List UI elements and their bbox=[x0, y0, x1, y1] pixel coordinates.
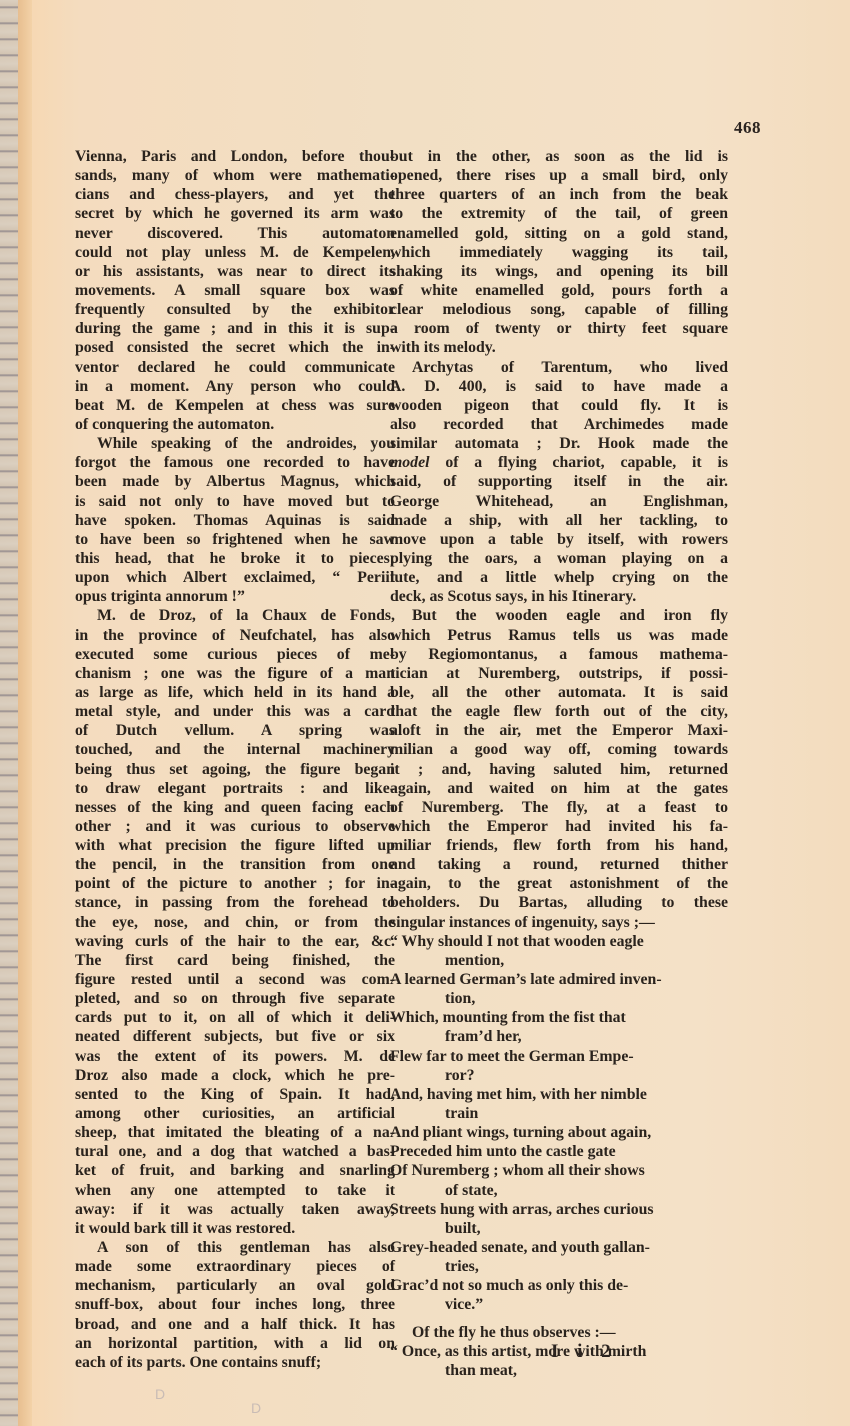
text-line: in a moment. Any person who could bbox=[75, 377, 395, 396]
text-line: beholders. Du Bartas, alluding to these bbox=[390, 893, 728, 912]
text-line: pleted, and so on through five separate bbox=[75, 989, 395, 1008]
text-line: “ Why should I not that wooden eagle bbox=[390, 932, 728, 951]
text-line: shaking its wings, and opening its bill bbox=[390, 262, 728, 281]
text-line: A learned German’s late admired inven- bbox=[390, 970, 728, 989]
text-line: and taking a round, returned thither bbox=[390, 855, 728, 874]
text-line: an horizontal partition, with a lid on bbox=[75, 1334, 395, 1353]
text-line: again, and waited on him at the gates bbox=[390, 779, 728, 798]
text-line: was the extent of its powers. M. de bbox=[75, 1047, 395, 1066]
text-line: The first card being finished, the bbox=[75, 951, 395, 970]
text-line: sented to the King of Spain. It had, bbox=[75, 1085, 395, 1104]
text-line: than meat, bbox=[390, 1361, 728, 1380]
text-line: Vienna, Paris and London, before thou- bbox=[75, 147, 395, 166]
text-line: beat M. de Kempelen at chess was sure bbox=[75, 396, 395, 415]
text-line: movements. A small square box was bbox=[75, 281, 395, 300]
adjacent-page-edge bbox=[0, 0, 18, 1426]
text-line: that the eagle flew forth out of the cit… bbox=[390, 702, 728, 721]
text-line: sheep, that imitated the bleating of a n… bbox=[75, 1123, 395, 1142]
text-line: when any one attempted to take it bbox=[75, 1181, 395, 1200]
text-line: Preceded him unto the castle gate bbox=[390, 1142, 728, 1161]
text-line: each of its parts. One contains snuff; bbox=[75, 1353, 395, 1372]
text-line: could not play unless M. de Kempelen, bbox=[75, 243, 395, 262]
text-line: as large as life, which held in its hand… bbox=[75, 683, 395, 702]
text-line: A. D. 400, is said to have made a bbox=[390, 377, 728, 396]
text-line: vice.” bbox=[390, 1295, 728, 1314]
text-line: But the wooden eagle and iron fly bbox=[390, 606, 728, 625]
text-line: tural one, and a dog that watched a bas- bbox=[75, 1142, 395, 1161]
text-line: Which, mounting from the fist that bbox=[390, 1008, 728, 1027]
text-line: nesses of the king and queen facing each bbox=[75, 798, 395, 817]
text-line: but in the other, as soon as the lid is bbox=[390, 147, 728, 166]
text-line: ventor declared he could communicate bbox=[75, 358, 395, 377]
text-line: made a ship, with all her tackling, to bbox=[390, 511, 728, 530]
text-line: plying the oars, a woman playing on a bbox=[390, 549, 728, 568]
text-line: of white enamelled gold, pours forth a bbox=[390, 281, 728, 300]
text-line: touched, and the internal machinery bbox=[75, 740, 395, 759]
text-line: ble, all the other automata. It is said bbox=[390, 683, 728, 702]
text-line: which Petrus Ramus tells us was made bbox=[390, 626, 728, 645]
text-line: three quarters of an inch from the beak bbox=[390, 185, 728, 204]
text-line: this head, that he broke it to pieces; bbox=[75, 549, 395, 568]
text-line: which the Emperor had invited his fa- bbox=[390, 817, 728, 836]
text-line: opus triginta annorum !” bbox=[75, 587, 395, 606]
text-line: mention, bbox=[390, 951, 728, 970]
text-line: And pliant wings, turning about again, bbox=[390, 1123, 728, 1142]
text-line: again, to the great astonishment of the bbox=[390, 874, 728, 893]
text-line: M. de Droz, of la Chaux de Fonds, bbox=[75, 606, 395, 625]
text-line: tician at Nuremberg, outstrips, if possi… bbox=[390, 664, 728, 683]
text-line: ket of fruit, and barking and snarling bbox=[75, 1161, 395, 1180]
text-line: ror? bbox=[390, 1066, 728, 1085]
text-line: which immediately wagging its tail, bbox=[390, 243, 728, 262]
text-line: stance, in passing from the forehead to bbox=[75, 893, 395, 912]
text-line: it would bark till it was restored. bbox=[75, 1219, 395, 1238]
text-line: also recorded that Archimedes made bbox=[390, 415, 728, 434]
text-line: in the province of Neufchatel, has also bbox=[75, 626, 395, 645]
text-line: made some extraordinary pieces of bbox=[75, 1257, 395, 1276]
text-line: waving curls of the hair to the ear, &c. bbox=[75, 932, 395, 951]
text-line: said, of supporting itself in the air. bbox=[390, 472, 728, 491]
text-line: wooden pigeon that could fly. It is bbox=[390, 396, 728, 415]
text-line: to have been so frightened when he saw bbox=[75, 530, 395, 549]
text-line: lute, and a little whelp crying on the bbox=[390, 568, 728, 587]
text-line: Of Nuremberg ; whom all their shows bbox=[390, 1161, 728, 1180]
text-line: of Dutch vellum. A spring was bbox=[75, 721, 395, 740]
left-column: Vienna, Paris and London, before thou-sa… bbox=[75, 147, 395, 1372]
book-page: 468 Vienna, Paris and London, before tho… bbox=[0, 0, 850, 1426]
text-line: a room of twenty or thirty feet square bbox=[390, 319, 728, 338]
text-line: Flew far to meet the German Empe- bbox=[390, 1047, 728, 1066]
text-line: tion, bbox=[390, 989, 728, 1008]
text-line: move upon a table by itself, with rowers bbox=[390, 530, 728, 549]
text-line: executed some curious pieces of me- bbox=[75, 645, 395, 664]
text-line: Droz also made a clock, which he pre- bbox=[75, 1066, 395, 1085]
text-line: it ; and, having saluted him, returned bbox=[390, 760, 728, 779]
text-line: posed consisted the secret which the in- bbox=[75, 338, 395, 357]
text-line: neated different subjects, but five or s… bbox=[75, 1027, 395, 1046]
text-line: have spoken. Thomas Aquinas is said bbox=[75, 511, 395, 530]
text-line: deck, as Scotus says, in his Itinerary. bbox=[390, 587, 728, 606]
text-line: other ; and it was curious to observe bbox=[75, 817, 395, 836]
text-line: of state, bbox=[390, 1181, 728, 1200]
text-line: the pencil, in the transition from one bbox=[75, 855, 395, 874]
text-line: tries, bbox=[390, 1257, 728, 1276]
text-line: built, bbox=[390, 1219, 728, 1238]
text-line: opened, there rises up a small bird, onl… bbox=[390, 166, 728, 185]
text-line: Grey-headed senate, and youth gallan- bbox=[390, 1238, 728, 1257]
text-line: milian a good way off, coming towards bbox=[390, 740, 728, 759]
text-line: or his assistants, was near to direct it… bbox=[75, 262, 395, 281]
text-line: cians and chess-players, and yet the bbox=[75, 185, 395, 204]
text-line: Grac’d not so much as only this de- bbox=[390, 1276, 728, 1295]
text-line: to the extremity of the tail, of green bbox=[390, 204, 728, 223]
text-line: point of the picture to another ; for in… bbox=[75, 874, 395, 893]
text-line: upon which Albert exclaimed, “ Periit bbox=[75, 568, 395, 587]
text-line: Streets hung with arras, arches curious bbox=[390, 1200, 728, 1219]
text-line: clear melodious song, capable of filling bbox=[390, 300, 728, 319]
text-line: to draw elegant portraits : and like- bbox=[75, 779, 395, 798]
text-line: train bbox=[390, 1104, 728, 1123]
text-line: fram’d her, bbox=[390, 1027, 728, 1046]
text-line: been made by Albertus Magnus, which bbox=[75, 472, 395, 491]
text-line: miliar friends, flew forth from his hand… bbox=[390, 836, 728, 855]
text-line: singular instances of ingenuity, says ;— bbox=[390, 913, 728, 932]
printer-signature-mark: I i 2 bbox=[551, 1341, 618, 1363]
text-line: the eye, nose, and chin, or from the bbox=[75, 913, 395, 932]
text-line: by Regiomontanus, a famous mathema- bbox=[390, 645, 728, 664]
text-line: Of the fly he thus observes :— bbox=[390, 1323, 728, 1342]
text-line: mechanism, particularly an oval gold bbox=[75, 1276, 395, 1295]
text-line: away: if it was actually taken away, bbox=[75, 1200, 395, 1219]
paragraph-gap bbox=[390, 1315, 728, 1323]
gutter-shadow bbox=[18, 0, 32, 1426]
text-line: among other curiosities, an artificial bbox=[75, 1104, 395, 1123]
text-line: figure rested until a second was com- bbox=[75, 970, 395, 989]
text-line: enamelled gold, sitting on a gold stand, bbox=[390, 224, 728, 243]
watermark-glyph: D bbox=[251, 1400, 261, 1416]
text-line: being thus set agoing, the figure began bbox=[75, 760, 395, 779]
text-line: secret by which he governed its arm was bbox=[75, 204, 395, 223]
text-line: broad, and one and a half thick. It has bbox=[75, 1315, 395, 1334]
text-line: aloft in the air, met the Emperor Maxi- bbox=[390, 721, 728, 740]
text-line: of Nuremberg. The fly, at a feast to bbox=[390, 798, 728, 817]
text-line: cards put to it, on all of which it deli… bbox=[75, 1008, 395, 1027]
text-line: is said not only to have moved but to bbox=[75, 492, 395, 511]
text-line: similar automata ; Dr. Hook made the bbox=[390, 434, 728, 453]
text-line: of conquering the automaton. bbox=[75, 415, 395, 434]
text-line: with its melody. bbox=[390, 338, 728, 357]
text-line: A son of this gentleman has also bbox=[75, 1238, 395, 1257]
text-line: never discovered. This automaton bbox=[75, 224, 395, 243]
text-line: George Whitehead, an Englishman, bbox=[390, 492, 728, 511]
page-number: 468 bbox=[734, 118, 761, 138]
watermark-glyph: D bbox=[155, 1386, 165, 1402]
text-line: model of a flying chariot, capable, it i… bbox=[390, 453, 728, 472]
text-line: And, having met him, with her nimble bbox=[390, 1085, 728, 1104]
italic-word: model bbox=[390, 454, 430, 471]
text-line: While speaking of the androides, you bbox=[75, 434, 395, 453]
text-line: Archytas of Tarentum, who lived bbox=[390, 358, 728, 377]
text-line: frequently consulted by the exhibitor bbox=[75, 300, 395, 319]
text-line: forgot the famous one recorded to have bbox=[75, 453, 395, 472]
text-line: sands, many of whom were mathemati- bbox=[75, 166, 395, 185]
text-line: chanism ; one was the figure of a man bbox=[75, 664, 395, 683]
text-line: during the game ; and in this it is sup- bbox=[75, 319, 395, 338]
right-column: but in the other, as soon as the lid iso… bbox=[390, 147, 728, 1380]
text-line: with what precision the figure lifted up bbox=[75, 836, 395, 855]
text-line: metal style, and under this was a card bbox=[75, 702, 395, 721]
text-line: snuff-box, about four inches long, three bbox=[75, 1295, 395, 1314]
